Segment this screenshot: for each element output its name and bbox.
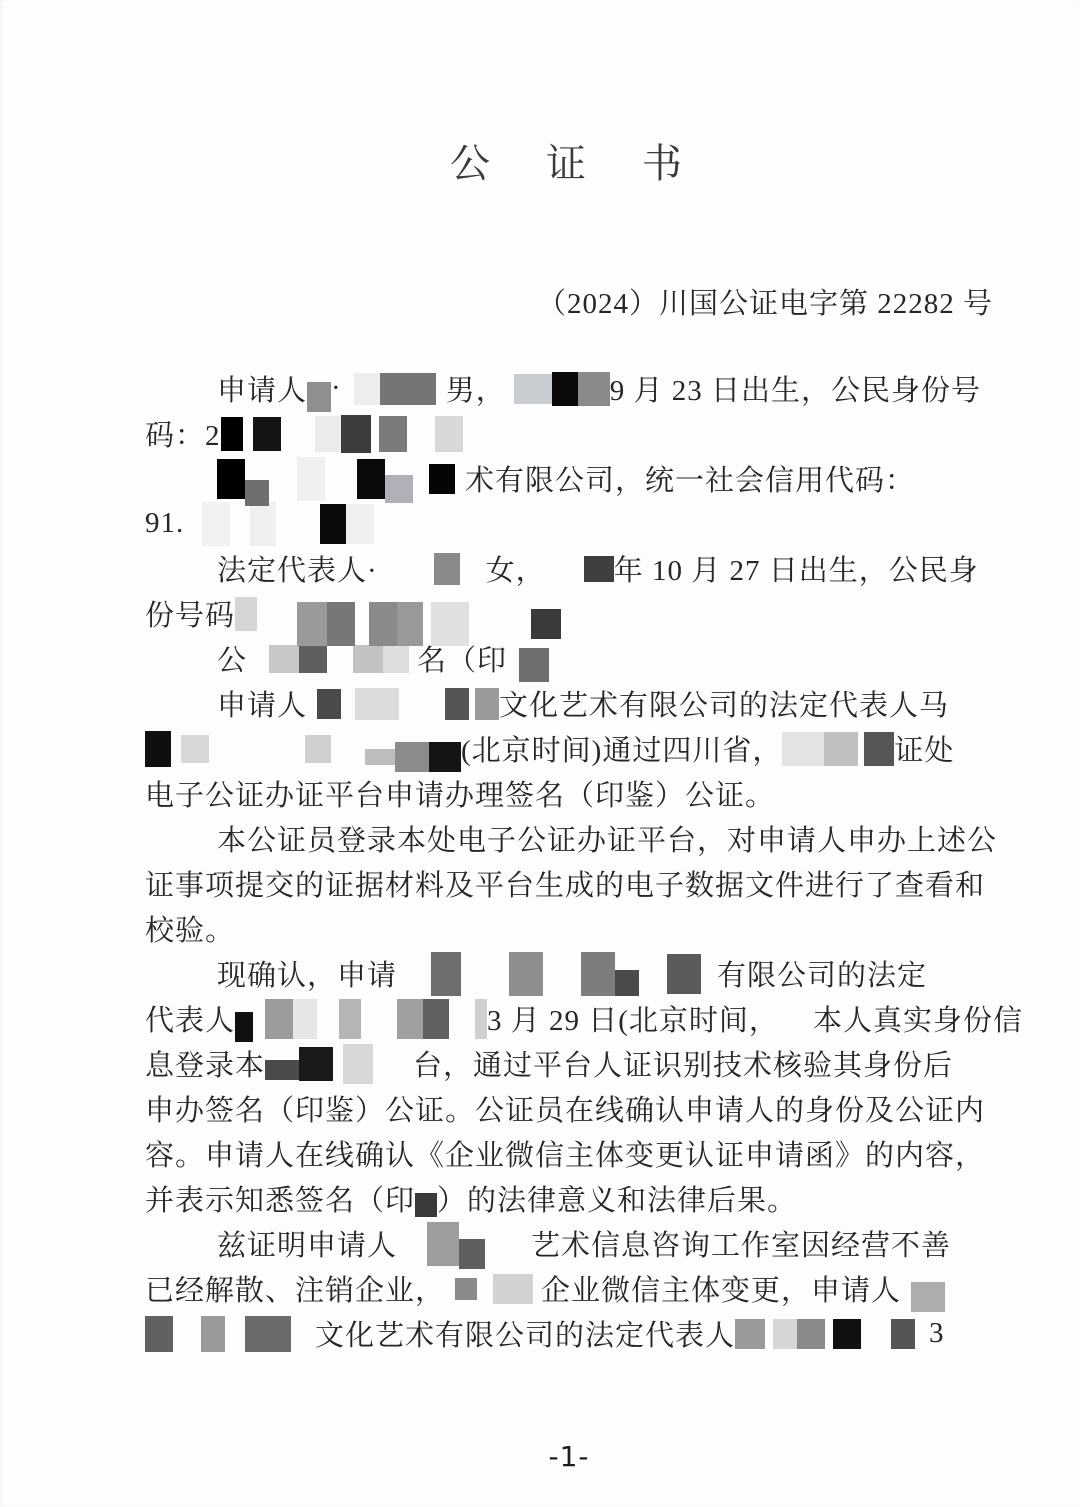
- doc-line: 兹证明申请人 艺术信息咨询工作室因经营不善: [145, 1221, 1015, 1266]
- redaction-box: [145, 1316, 173, 1352]
- text-run: 年 10 月 27 日出生，公民身: [614, 548, 979, 589]
- redaction-box: [552, 372, 578, 406]
- redaction-box: [265, 999, 293, 1039]
- redaction-box: [397, 602, 423, 646]
- redaction-box: [265, 1060, 299, 1080]
- redaction-box: [299, 1047, 333, 1081]
- redaction-box: [383, 645, 409, 673]
- doc-line: 本公证员登录本处电子公证办证平台，对申请人申办上述公: [145, 816, 1015, 861]
- text-run: 公: [217, 638, 247, 679]
- redaction-box: [891, 1319, 915, 1349]
- text-run: 兹证明申请人: [217, 1223, 397, 1264]
- redaction-box: [317, 689, 341, 719]
- doc-line: 申请人 · 男， 9 月 23 日出生，公民身份号: [145, 366, 1015, 411]
- redaction-box: [297, 457, 325, 501]
- redaction-box: [327, 602, 355, 646]
- text-run: 9 月 23 日出生，公民身份号: [610, 368, 981, 409]
- doc-line: 代表人 3 月 29 日(北京时间， 本人真实身份信: [145, 996, 1015, 1041]
- redaction-box: [615, 970, 639, 996]
- document-body: 申请人 · 男， 9 月 23 日出生，公民身份号 码：2: [145, 366, 1015, 1356]
- doc-line: 文化艺术有限公司的法定代表人 3: [145, 1311, 1015, 1356]
- redaction-box: [307, 382, 331, 412]
- doc-line: 证事项提交的证据材料及平台生成的电子数据文件进行了查看和: [145, 861, 1015, 906]
- doc-line: 已经解散、注销企业， 企业微信主体变更，申请人: [145, 1266, 1015, 1311]
- text-run: 电子公证办证平台申请办理签名（印鉴）公证。: [145, 773, 775, 814]
- doc-line: 份号码: [145, 591, 1015, 636]
- text-run: 息登录本: [145, 1043, 265, 1084]
- redaction-box: [346, 504, 374, 544]
- redaction-box: [429, 742, 461, 772]
- doc-line: 容。申请人在线确认《企业微信主体变更认证申请函》的内容，: [145, 1131, 1015, 1176]
- text-run: 现确认，申请: [217, 953, 397, 994]
- doc-line: 申办签名（印鉴）公证。公证员在线确认申请人的身份及公证内: [145, 1086, 1015, 1131]
- redaction-box: [365, 749, 395, 765]
- redaction-box: [455, 1278, 477, 1300]
- doc-line: 并表示知悉签名（印 ）的法律意义和法律后果。: [145, 1176, 1015, 1221]
- redaction-box: [269, 645, 299, 673]
- redaction-box: [431, 602, 469, 646]
- text-run: 已经解散、注销企业，: [145, 1268, 445, 1309]
- text-run: ）的法律意义和法律后果。: [437, 1178, 797, 1219]
- redaction-box: [911, 1282, 945, 1312]
- redaction-box: [202, 502, 230, 546]
- redaction-box: [509, 952, 543, 996]
- redaction-box: [773, 1319, 797, 1349]
- redaction-box: [475, 688, 499, 720]
- doc-line: (北京时间)通过四川省， 证处: [145, 726, 1015, 771]
- text-run: 台，通过平台人证识别技术核验其身份后: [413, 1043, 953, 1084]
- text-run: 文化艺术有限公司的法定代表人马: [499, 683, 949, 724]
- doc-line: 法定代表人· 女， 年 10 月 27 日出生，公民身: [145, 546, 1015, 591]
- redaction-box: [201, 1316, 225, 1352]
- redaction-box: [397, 999, 423, 1039]
- text-run: 证事项提交的证据材料及平台生成的电子数据文件进行了查看和: [145, 863, 985, 904]
- page-number: -1-: [145, 1440, 993, 1473]
- redaction-box: [181, 735, 209, 763]
- text-run: 男，: [446, 368, 506, 409]
- text-run: 码：2: [145, 413, 221, 454]
- redaction-box: [431, 952, 461, 996]
- text-run: 艺术信息咨询工作室因经营不善: [531, 1223, 951, 1264]
- redaction-box: [797, 1319, 825, 1349]
- text-run: 3 月 29 日(北京时间，: [487, 998, 779, 1039]
- redaction-box: [415, 1193, 437, 1217]
- doc-line: 术有限公司，统一社会信用代码：: [145, 456, 1015, 501]
- redaction-box: [445, 688, 469, 720]
- redaction-box: [782, 732, 824, 766]
- text-run: 本人真实身份信: [813, 998, 1023, 1039]
- text-run: 校验。: [145, 908, 235, 949]
- redaction-box: [584, 556, 614, 582]
- redaction-box: [297, 602, 327, 646]
- redaction-box: [299, 645, 327, 673]
- text-run: 女，: [486, 548, 546, 589]
- document-page: 公 证 书 （2024）川国公证电字第 22282 号 申请人 · 男， 9 月…: [0, 0, 1080, 1507]
- redaction-box: [864, 732, 894, 766]
- redaction-box: [217, 459, 245, 499]
- redaction-box: [435, 416, 463, 452]
- redaction-box: [245, 480, 269, 506]
- redaction-box: [459, 1239, 485, 1269]
- redaction-box: [369, 602, 397, 646]
- redaction-box: [423, 999, 449, 1039]
- redaction-box: [735, 1319, 765, 1349]
- doc-line: 息登录本 台，通过平台人证识别技术核验其身份后: [145, 1041, 1015, 1086]
- text-run: 申请人: [217, 368, 307, 409]
- redaction-box: [235, 597, 257, 631]
- redaction-box: [343, 1044, 373, 1084]
- text-run: 本公证员登录本处电子公证办证平台，对申请人申办上述公: [217, 818, 997, 859]
- redaction-box: [475, 999, 487, 1039]
- text-run: 3: [929, 1317, 945, 1350]
- redaction-box: [427, 1222, 459, 1266]
- doc-line: 现确认，申请 有限公司的法定: [145, 951, 1015, 996]
- redaction-box: [385, 475, 413, 503]
- text-run: 申办签名（印鉴）公证。公证员在线确认申请人的身份及公证内: [145, 1088, 985, 1129]
- text-run: 证处: [894, 728, 954, 769]
- redaction-box: [355, 688, 399, 720]
- redaction-box: [824, 732, 858, 766]
- text-run: 容。申请人在线确认《企业微信主体变更认证申请函》的内容，: [145, 1133, 985, 1174]
- text-run: 文化艺术有限公司的法定代表人: [315, 1313, 735, 1354]
- redaction-box: [578, 372, 610, 406]
- redaction-box: [357, 459, 385, 499]
- redaction-box: [339, 999, 361, 1039]
- redaction-box: [395, 742, 429, 772]
- text-run: (北京时间)通过四川省，: [461, 728, 782, 769]
- redaction-box: [429, 464, 455, 494]
- redaction-box: [667, 954, 701, 994]
- redaction-box: [245, 1316, 291, 1352]
- text-run: 法定代表人·: [217, 548, 378, 589]
- doc-line: 91.: [145, 501, 1015, 546]
- redaction-box: [493, 1274, 533, 1304]
- redaction-box: [833, 1319, 861, 1349]
- redaction-box: [250, 502, 276, 546]
- document-title: 公 证 书: [145, 132, 993, 189]
- text-run: ·: [331, 372, 342, 405]
- redaction-box: [519, 648, 549, 682]
- redaction-box: [434, 553, 460, 585]
- text-run: 代表人: [145, 998, 235, 1039]
- doc-line: 校验。: [145, 906, 1015, 951]
- redaction-box: [341, 415, 371, 453]
- redaction-box: [531, 609, 561, 639]
- text-run: 术有限公司，统一社会信用代码：: [465, 458, 915, 499]
- certificate-number: （2024）川国公证电字第 22282 号: [145, 281, 993, 322]
- doc-line: 电子公证办证平台申请办理签名（印鉴）公证。: [145, 771, 1015, 816]
- redaction-box: [235, 1012, 253, 1042]
- text-run: 91.: [145, 507, 184, 540]
- redaction-box: [145, 731, 171, 767]
- doc-line: 码：2: [145, 411, 1015, 456]
- doc-line: 公 名（印: [145, 636, 1015, 681]
- redaction-box: [315, 416, 341, 452]
- redaction-box: [581, 952, 615, 996]
- text-run: 有限公司的法定: [717, 953, 927, 994]
- redaction-box: [221, 417, 243, 451]
- redaction-box: [379, 416, 407, 452]
- redaction-box: [293, 999, 317, 1039]
- redaction-box: [353, 645, 383, 673]
- redaction-box: [354, 373, 380, 405]
- redaction-box: [305, 735, 331, 763]
- redaction-box: [514, 374, 552, 404]
- text-run: 份号码: [145, 593, 235, 634]
- doc-line: 申请人 文化艺术有限公司的法定代表人马: [145, 681, 1015, 726]
- redaction-box: [380, 373, 436, 405]
- text-run: 企业微信主体变更，申请人: [541, 1268, 901, 1309]
- text-run: 申请人: [217, 683, 307, 724]
- redaction-box: [320, 504, 346, 544]
- redaction-box: [253, 417, 281, 451]
- text-run: 并表示知悉签名（印: [145, 1178, 415, 1219]
